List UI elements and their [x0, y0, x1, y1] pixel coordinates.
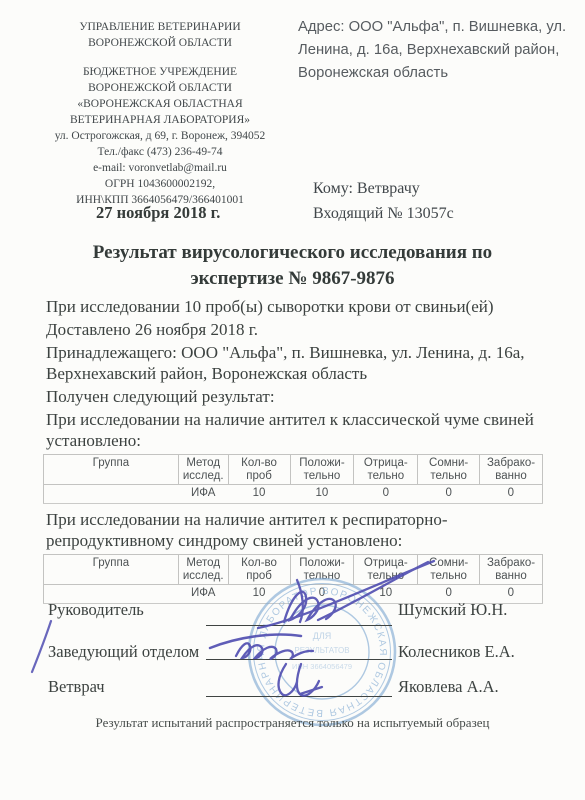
column-header-rejected: Забрако- ванно [480, 555, 543, 585]
column-header-negative: Отрица- тельно [354, 455, 418, 485]
column-header-positive: Положи- тельно [290, 455, 354, 485]
cell-count: 10 [228, 485, 290, 504]
document-page: УПРАВЛЕНИЕ ВЕТЕРИНАРИИ ВОРОНЕЖСКОЙ ОБЛАС… [0, 0, 585, 800]
paragraph-samples: При исследовании 10 проб(ы) сыворотки кр… [46, 296, 547, 317]
letterhead-street: ул. Острогожская, д 69, г. Воронеж, 3940… [35, 128, 285, 144]
recipient-address: Адрес: ООО "Альфа", п. Вишневка, ул. Лен… [298, 16, 576, 85]
cell-rejected: 0 [480, 485, 543, 504]
signature-role: Ветврач [48, 677, 105, 697]
organization-line: ВЕТЕРИНАРНАЯ ЛАБОРАТОРИЯ» [35, 112, 285, 128]
paragraph-owner: Принадлежащего: ООО "Альфа", п. Вишневка… [46, 342, 547, 384]
paragraph-delivered: Доставлено 26 ноября 2018 г. [46, 319, 547, 340]
recipient-to: Кому: Ветврачу [313, 180, 420, 198]
organization-line: ВОРОНЕЖСКОЙ ОБЛАСТИ [35, 80, 285, 96]
authority-line: ВОРОНЕЖСКОЙ ОБЛАСТИ [35, 35, 285, 51]
paragraph-test1-intro: При исследовании на наличие антител к кл… [46, 409, 547, 451]
cell-doubtful: 0 [418, 485, 480, 504]
letterhead-phone: Тел./факс (473) 236-49-74 [35, 144, 285, 160]
paragraph-result-intro: Получен следующий результат: [46, 386, 547, 407]
stray-pen-mark [28, 617, 56, 677]
cell-positive: 10 [290, 485, 354, 504]
signature-depthead-scribble [236, 643, 313, 659]
organization-line: БЮДЖЕТНОЕ УЧРЕЖДЕНИЕ [35, 64, 285, 80]
title-line: экспертизе № 9867-9876 [0, 266, 585, 292]
incoming-number: Входящий № 13057с [313, 205, 454, 223]
table-row: ИФА 10 10 0 0 0 [44, 485, 543, 504]
cell-method: ИФА [178, 485, 228, 504]
title-line: Результат вирусологического исследования… [0, 240, 585, 266]
column-header-method: Метод исслед. [178, 455, 228, 485]
handwritten-signatures [200, 552, 470, 717]
letterhead-ogrn: ОГРН 1043600002192, [35, 176, 285, 192]
footer-note: Результат испытаний распространяется тол… [0, 715, 585, 731]
column-header-group: Группа [44, 555, 179, 585]
organization-line: «ВОРОНЕЖСКАЯ ОБЛАСТНАЯ [35, 96, 285, 112]
column-header-rejected: Забрако- ванно [480, 455, 543, 485]
cell-negative: 0 [354, 485, 418, 504]
authority-line: УПРАВЛЕНИЕ ВЕТЕРИНАРИИ [35, 19, 285, 35]
letterhead-authority: УПРАВЛЕНИЕ ВЕТЕРИНАРИИ ВОРОНЕЖСКОЙ ОБЛАС… [35, 19, 285, 51]
document-date: 27 ноября 2018 г. [96, 203, 220, 223]
letterhead: УПРАВЛЕНИЕ ВЕТЕРИНАРИИ ВОРОНЕЖСКОЙ ОБЛАС… [35, 19, 285, 208]
paragraph-test2-intro: При исследовании на наличие антител к ре… [46, 509, 547, 551]
column-header-count: Кол-во проб [228, 455, 290, 485]
letterhead-email: e-mail: voronvetlab@mail.ru [35, 160, 285, 176]
signature-role: Руководитель [48, 600, 144, 620]
cell-group [44, 485, 179, 504]
letterhead-organization: БЮДЖЕТНОЕ УЧРЕЖДЕНИЕ ВОРОНЕЖСКОЙ ОБЛАСТИ… [35, 64, 285, 208]
table-header-row: Группа Метод исслед. Кол-во проб Положи-… [44, 455, 543, 485]
signature-role: Заведующий отделом [48, 642, 199, 662]
column-header-doubtful: Сомни- тельно [418, 455, 480, 485]
document-title: Результат вирусологического исследования… [0, 240, 585, 292]
signature-vet-scribble [279, 664, 297, 695]
column-header-group: Группа [44, 455, 179, 485]
results-table-csf: Группа Метод исслед. Кол-во проб Положи-… [43, 454, 543, 504]
